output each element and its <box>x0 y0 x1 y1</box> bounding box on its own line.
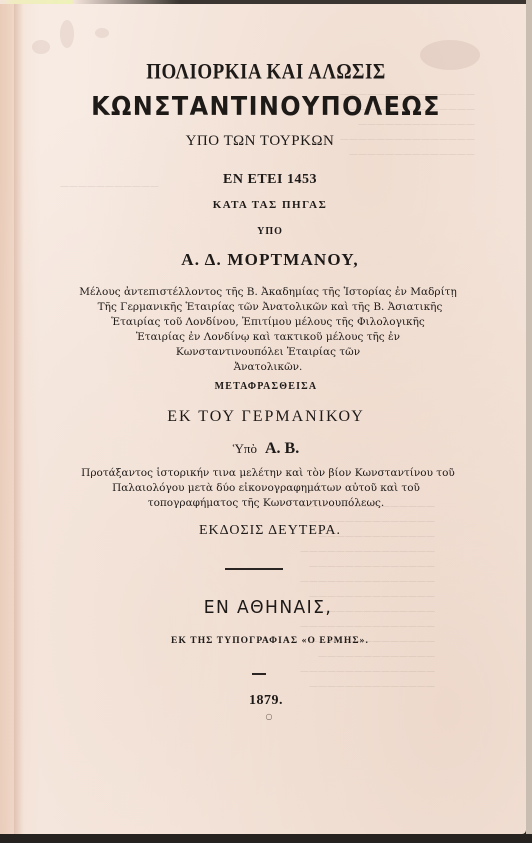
translator-by-label: Ὑπὸ <box>233 441 257 456</box>
year-line: ΕΝ ΕΤΕΙ 1453 <box>4 172 532 188</box>
source-language: ΕΚ ΤΟΥ ΓΕΡΜΑΝΙΚΟΥ <box>0 408 532 426</box>
divider-rule <box>225 568 283 570</box>
title-line-1: ΠΟΛΙΟΡΚΙΑ ΚΑΙ ΑΛΩΣΙΣ <box>0 60 532 85</box>
bottom-edge <box>0 834 532 843</box>
affiliation-line: Μέλους ἀντεπιστέλλοντος τῆς Β. Ἀκαδημίας… <box>2 285 532 301</box>
translator-line: Ὑπὸ Α. Β. <box>0 440 532 458</box>
affiliation-line: Ἑταιρίας τοῦ Λονδίνου, Ἐπιτίμου μέλους τ… <box>2 315 532 331</box>
author-name: Α. Δ. ΜΟΡΤΜΑΝΟΥ, <box>4 250 532 270</box>
translator-name: Α. Β. <box>265 440 299 457</box>
edition-label: ΕΚΔΟΣΙΣ ΔΕΥΤΕΡΑ. <box>4 523 532 539</box>
preface-line: τοπογραφήματος τῆς Κωνσταντινουπόλεως. <box>0 496 532 512</box>
affiliation-line: Κωνσταντινουπόλει Ἑταιρίας τῶν <box>2 345 532 361</box>
foxing-stain <box>32 40 50 54</box>
short-divider-rule <box>252 673 266 675</box>
preface-line: Προτάξαντος ἱστορικήν τινα μελέτην καὶ τ… <box>2 466 532 482</box>
affiliation-line: Τῆς Γερμανικῆς Ἑταιρίας τῶν Ἀνατολικῶν κ… <box>4 300 532 316</box>
title-line-3: ΥΠΟ ΤΩΝ ΤΟΥΡΚΩΝ <box>0 133 526 150</box>
top-edge <box>0 0 532 4</box>
printer-line: ΕΚ ΤΗΣ ΤΥΠΟΓΡΑΦΙΑΣ «Ο ΕΡΜΗΣ». <box>4 636 532 646</box>
sources-line: ΚΑΤΑ ΤΑΣ ΠΗΓΑΣ <box>4 199 532 211</box>
foxing-stain <box>60 20 74 48</box>
affiliation-line: Ἀνατολικῶν. <box>2 360 532 376</box>
title-line-2: ΚΩΝΣΤΑΝΤΙΝΟΥΠΟΛΕΩΣ <box>21 92 510 122</box>
publication-city: ΕΝ ΑΘΗΝΑΙΣ, <box>15 597 520 618</box>
translated-label: ΜΕΤΑΦΡΑΣΘΕΙΣΑ <box>0 381 532 392</box>
by-label: ΥΠΟ <box>4 226 532 237</box>
affiliation-line: Ἑταιρίας ἐν Λονδίνῳ καὶ τακτικοῦ μέλους … <box>2 330 532 346</box>
stamp-mark: ○ <box>3 712 532 721</box>
preface-line: Παλαιολόγου μετὰ δύο εἰκονογραφημάτων αὐ… <box>0 481 532 497</box>
publication-year: 1879. <box>0 693 532 709</box>
foxing-stain <box>95 28 109 38</box>
